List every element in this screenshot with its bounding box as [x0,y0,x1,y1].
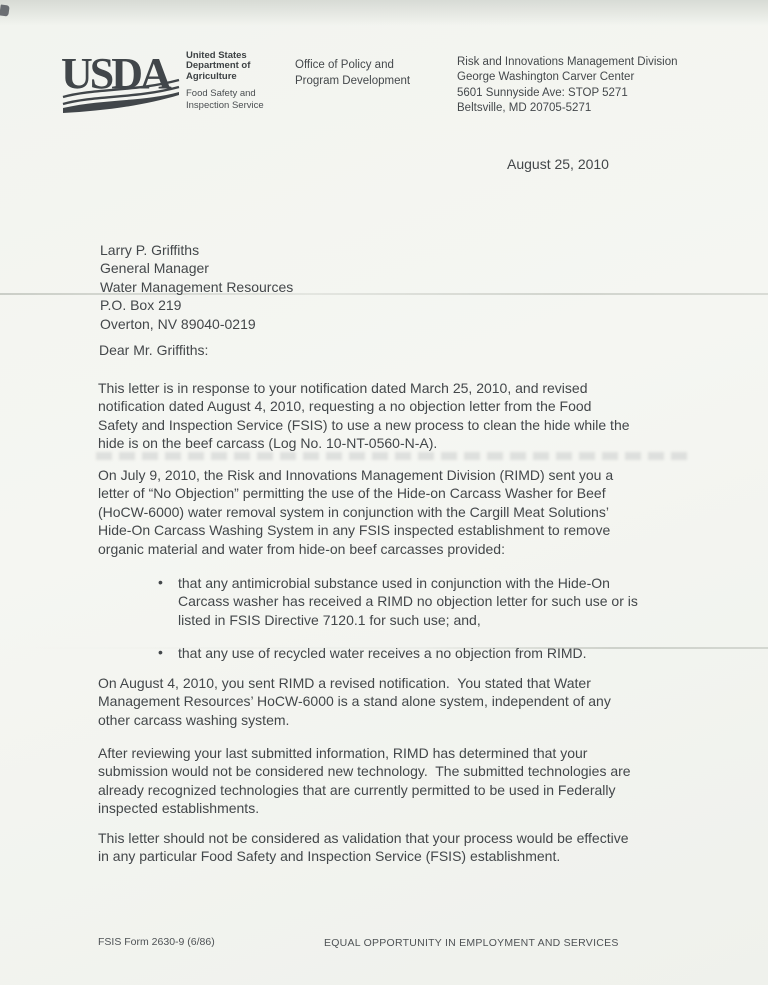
office-block: Office of Policy and Program Development [295,57,410,89]
bullet-item-antimicrobial: • that any antimicrobial substance used … [98,574,718,629]
bleed-through-artifact [96,452,688,460]
agency-service: Food Safety and Inspection Service [186,88,296,111]
division-address-block: Risk and Innovations Management Division… [457,55,678,116]
paragraph-intro: This letter is in response to your notif… [98,379,718,453]
bullet-item-recycled-water: • that any use of recycled water receive… [98,644,718,662]
salutation: Dear Mr. Griffiths: [99,342,208,358]
paragraph-no-objection: On July 9, 2010, the Risk and Innovation… [98,466,718,558]
bullet-text: that any antimicrobial substance used in… [178,574,690,629]
scan-corner-artifact [0,4,10,16]
usda-logo: USDA [62,49,180,113]
recipient-address: Larry P. Griffiths General Manager Water… [100,241,293,333]
agency-block: United States Department of Agriculture … [186,51,296,111]
bullet-marker-icon: • [158,573,163,591]
paragraph-revised-notification: On August 4, 2010, you sent RIMD a revis… [98,674,718,729]
bullet-text: that any use of recycled water receives … [178,644,690,662]
form-number: FSIS Form 2630-9 (6/86) [98,936,215,948]
usda-logo-graphic: USDA [62,49,180,113]
letter-date: August 25, 2010 [507,156,609,172]
paragraph-determination: After reviewing your last submitted info… [98,744,718,818]
eeo-statement: EQUAL OPPORTUNITY IN EMPLOYMENT AND SERV… [324,937,619,949]
bullet-marker-icon: • [158,643,163,661]
agency-name: United States Department of Agriculture [186,51,296,82]
scan-top-shadow [0,0,768,26]
paragraph-disclaimer: This letter should not be considered as … [98,829,718,866]
scanned-letter: USDA United States Department of Agricul… [0,0,768,985]
